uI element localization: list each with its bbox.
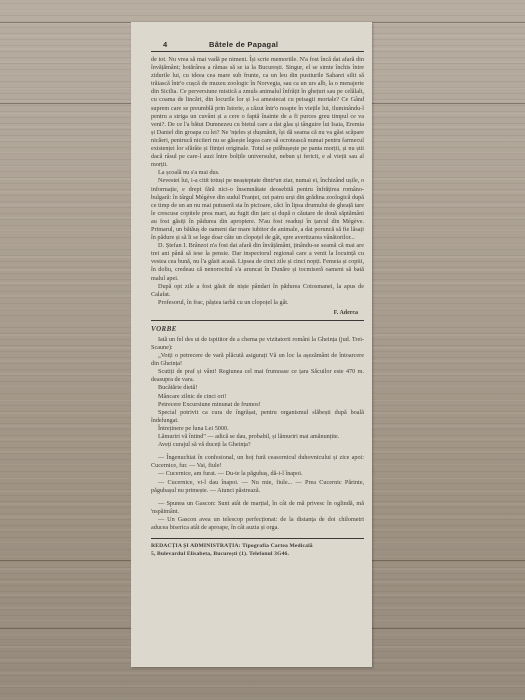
article-body: de tot. Nu vrea să mai vadă pe nimeni. Î… [151, 56, 364, 307]
vorbe-line: Întreținere pe luna Lei 5000. [151, 425, 364, 433]
vorbe-body: Iată un fel des ui de ispititor de a che… [151, 336, 364, 532]
imprint-line: REDACȚIA ȘI ADMINISTRAȚIA: Tipografia Ca… [151, 543, 364, 551]
vorbe-line: — Spunea un Gascon: Sunt atât de marțial… [151, 500, 364, 516]
section-rule [151, 320, 364, 321]
vorbe-line: Bucătărie dietă! [151, 384, 364, 392]
vorbe-line: Aveți curajul să vă duceți la Gheința? [151, 441, 364, 449]
publication-title: Bâtele de Papagal [193, 40, 364, 49]
article-paragraph: Nevestei lui, i-a citit totuși pe neaște… [151, 177, 364, 242]
section-title-vorbe: VORBE [151, 325, 364, 333]
newspaper-page: 4 Bâtele de Papagal de tot. Nu vrea să m… [131, 22, 372, 667]
vorbe-line: Lămuriri vă întind" — adică se dau, prob… [151, 433, 364, 441]
article-paragraph: Profesorul, în frac, păștea iarbă cu un … [151, 299, 364, 307]
vorbe-line: Special potrivit ca cura de îngrășat, pe… [151, 409, 364, 425]
imprint: REDACȚIA ȘI ADMINISTRAȚIA: Tipografia Ca… [151, 543, 364, 558]
vorbe-line: „Voiți o petrecere de vară plăcută asigu… [151, 352, 364, 368]
article-paragraph: D. Ștefan I. Brânzoi n'a fost dat afară … [151, 242, 364, 282]
page-header: 4 Bâtele de Papagal [151, 40, 364, 49]
article-paragraph: La școală nu s'a mai dus. [151, 169, 364, 177]
vorbe-line: — Cucernice, vi-l dau înapoi. — Nu mie, … [151, 479, 364, 495]
vorbe-line: — Un Gascon avea un telescop perfecționa… [151, 516, 364, 532]
vorbe-line: — Cucernice, am furat. — Du-te la păguba… [151, 470, 364, 478]
vorbe-line: Scutiți de praf și vânt! Regiunea cel ma… [151, 368, 364, 384]
article-author: F. Aderca [151, 310, 358, 316]
vorbe-line: Iată un fel des ui de ispititor de a che… [151, 336, 364, 352]
vorbe-line: Mâncare zilnic de cinci ori! [151, 393, 364, 401]
header-rule [151, 51, 364, 52]
vorbe-line: — Îngenuchiat în confesional, un hoț fur… [151, 454, 364, 470]
imprint-line: 5, Bulevardul Elisabeta, București (1). … [151, 551, 364, 559]
footer-rule [151, 538, 364, 539]
vorbe-line: Petrecere Excursiune minunat de frumos! [151, 401, 364, 409]
page-number: 4 [151, 40, 193, 49]
article-paragraph: După opt zile a fost găsit de niște pând… [151, 283, 364, 299]
article-paragraph: de tot. Nu vrea să mai vadă pe nimeni. Î… [151, 56, 364, 169]
